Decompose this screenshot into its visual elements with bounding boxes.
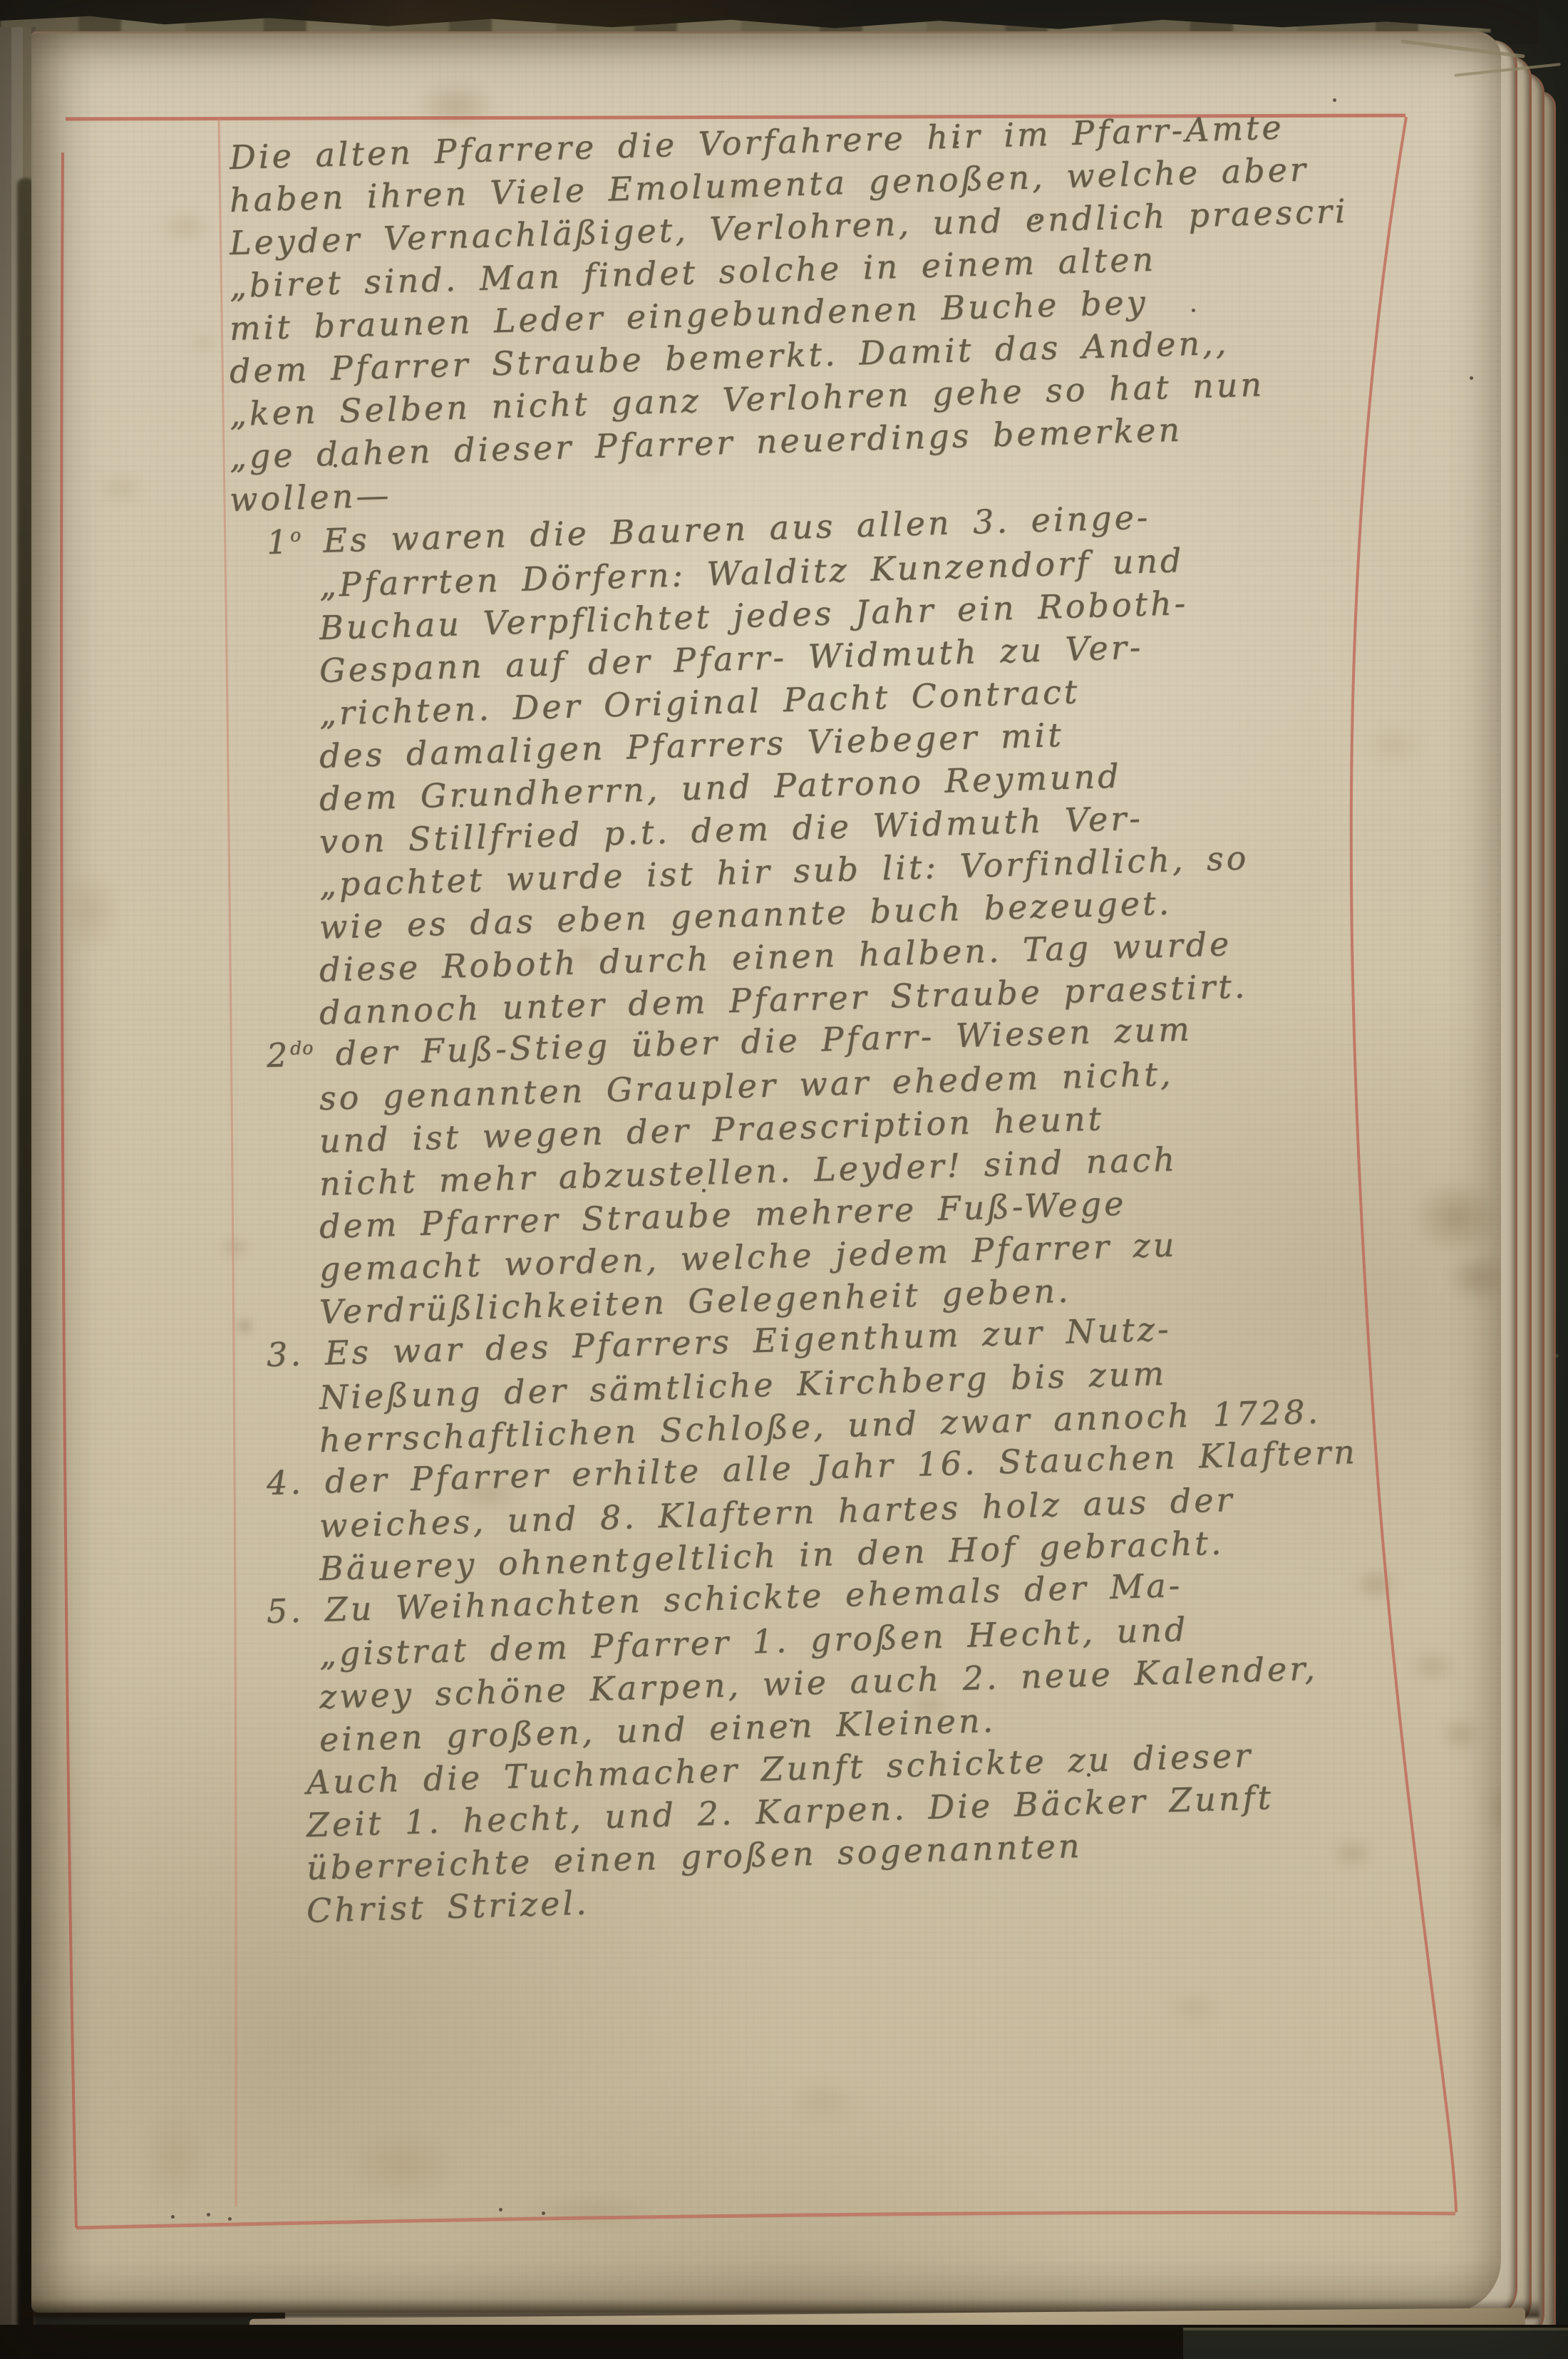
manuscript-line: wollen— [229,475,392,520]
handwriting-layer: Die alten Pfarrere die Vorfahrere hir im… [0,0,1568,2359]
item-number: 1o [266,522,302,562]
manuscript-line: Christ Strizel. [306,1884,589,1931]
item-number: 2do [266,1035,314,1075]
item-number: 4. [266,1463,304,1502]
manuscript-text: wollen— [229,475,392,519]
book-cover-bottom-corner [1183,2328,1568,2359]
item-number: 5. [266,1591,304,1631]
manuscript-text: Christ Strizel. [306,1884,589,1930]
item-number: 3. [266,1335,304,1374]
book-photo: Die alten Pfarrere die Vorfahrere hir im… [0,0,1568,2359]
